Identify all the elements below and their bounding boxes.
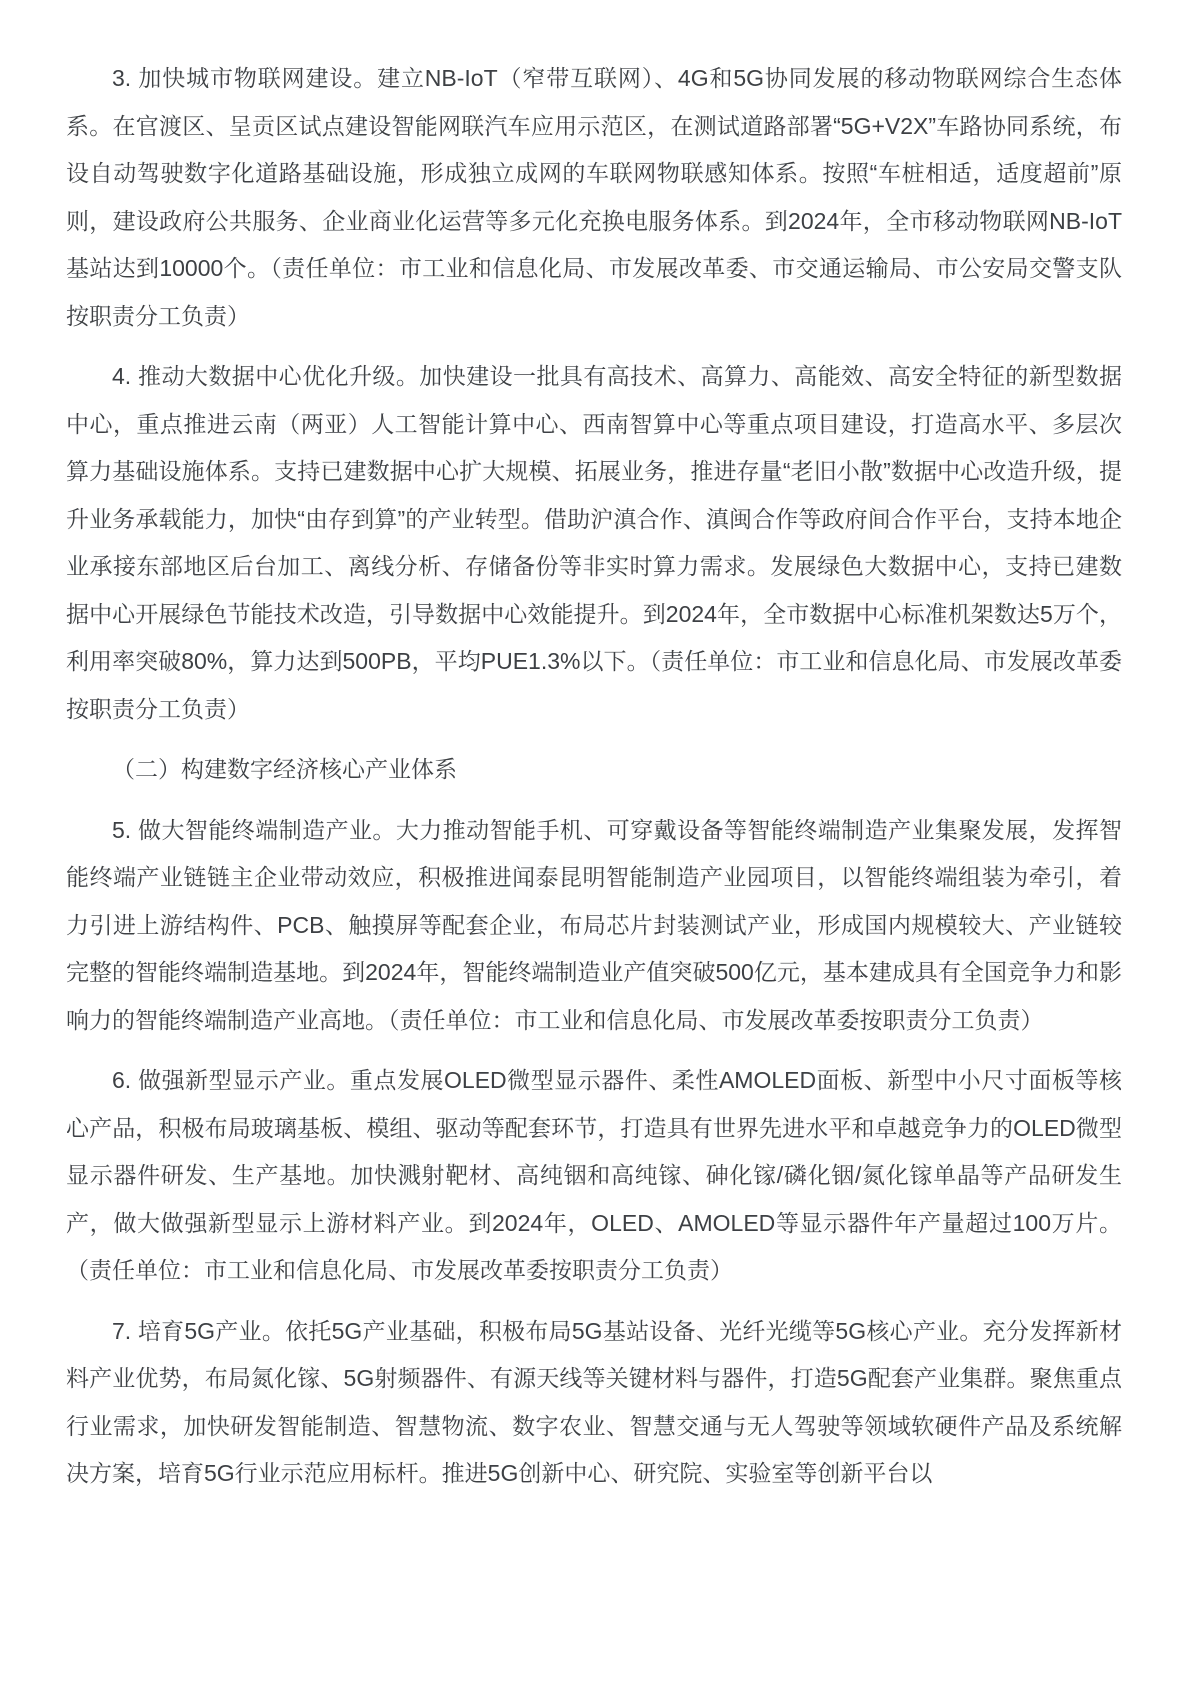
document-page: 3. 加快城市物联网建设。建立NB-IoT（窄带互联网）、4G和5G协同发展的移… [0,0,1189,1683]
paragraph-item-4: 4. 推动大数据中心优化升级。加快建设一批具有高技术、高算力、高能效、高安全特征… [66,353,1122,733]
paragraph-item-6: 6. 做强新型显示产业。重点发展OLED微型显示器件、柔性AMOLED面板、新型… [66,1057,1122,1295]
section-heading: （二）构建数字经济核心产业体系 [66,746,1122,794]
paragraph-item-5: 5. 做大智能终端制造产业。大力推动智能手机、可穿戴设备等智能终端制造产业集聚发… [66,807,1122,1045]
paragraph-item-7: 7. 培育5G产业。依托5G产业基础，积极布局5G基站设备、光纤光缆等5G核心产… [66,1308,1122,1498]
paragraph-item-3: 3. 加快城市物联网建设。建立NB-IoT（窄带互联网）、4G和5G协同发展的移… [66,55,1122,340]
